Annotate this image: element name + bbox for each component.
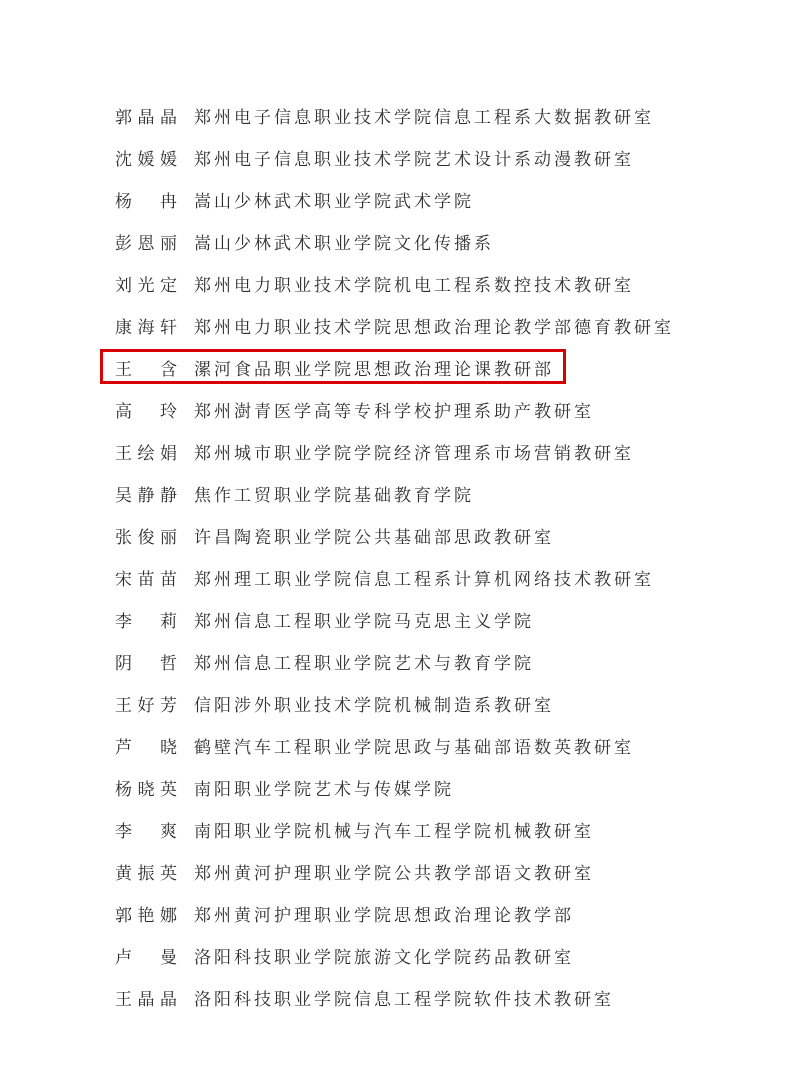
institution-name: 郑州城市职业学院学院经济管理系市场营销教研室 <box>194 439 634 464</box>
list-item: 李爽 南阳职业学院机械与汽车工程学院机械教研室 <box>115 808 791 850</box>
institution-name: 信阳涉外职业技术学院机械制造系教研室 <box>194 691 554 716</box>
institution-name: 嵩山少林武术职业学院文化传播系 <box>194 229 494 254</box>
list-item: 郭晶晶 郑州电子信息职业技术学院信息工程系大数据教研室 <box>115 94 791 136</box>
teacher-name: 芦晓 <box>115 733 177 758</box>
institution-name: 南阳职业学院机械与汽车工程学院机械教研室 <box>194 817 594 842</box>
teacher-name: 王好芳 <box>115 691 177 716</box>
institution-name: 许昌陶瓷职业学院公共基础部思政教研室 <box>194 523 554 548</box>
teacher-name: 康海轩 <box>115 313 177 338</box>
list-item: 黄振英 郑州黄河护理职业学院公共教学部语文教研室 <box>115 850 791 892</box>
list-item: 杨冉 嵩山少林武术职业学院武术学院 <box>115 178 791 220</box>
institution-name: 郑州电力职业技术学院思想政治理论教学部德育教研室 <box>194 313 674 338</box>
teacher-name: 张俊丽 <box>115 523 177 548</box>
teacher-name: 李爽 <box>115 817 177 842</box>
institution-name: 郑州黄河护理职业学院思想政治理论教学部 <box>194 901 574 926</box>
teacher-name: 吴静静 <box>115 481 177 506</box>
institution-name: 郑州信息工程职业学院艺术与教育学院 <box>194 649 534 674</box>
teacher-name: 刘光定 <box>115 271 177 296</box>
list-item: 刘光定 郑州电力职业技术学院机电工程系数控技术教研室 <box>115 262 791 304</box>
list-item: 沈媛媛 郑州电子信息职业技术学院艺术设计系动漫教研室 <box>115 136 791 178</box>
list-item: 李莉 郑州信息工程职业学院马克思主义学院 <box>115 598 791 640</box>
list-item: 王好芳 信阳涉外职业技术学院机械制造系教研室 <box>115 682 791 724</box>
institution-name: 郑州电力职业技术学院机电工程系数控技术教研室 <box>194 271 634 296</box>
teacher-name: 李莉 <box>115 607 177 632</box>
teacher-name: 王绘娟 <box>115 439 177 464</box>
institution-name: 南阳职业学院艺术与传媒学院 <box>194 775 454 800</box>
list-item: 郭艳娜 郑州黄河护理职业学院思想政治理论教学部 <box>115 892 791 934</box>
teacher-name: 高玲 <box>115 397 177 422</box>
institution-name: 郑州黄河护理职业学院公共教学部语文教研室 <box>194 859 594 884</box>
institution-name: 焦作工贸职业学院基础教育学院 <box>194 481 474 506</box>
teacher-name: 卢曼 <box>115 943 177 968</box>
list-item: 芦晓 鹤壁汽车工程职业学院思政与基础部语数英教研室 <box>115 724 791 766</box>
teacher-name: 王晶晶 <box>115 985 177 1010</box>
teacher-name: 杨晓英 <box>115 775 177 800</box>
institution-name: 郑州澍青医学高等专科学校护理系助产教研室 <box>194 397 594 422</box>
teacher-name: 沈媛媛 <box>115 145 177 170</box>
list-item: 卢曼 洛阳科技职业学院旅游文化学院药品教研室 <box>115 934 791 976</box>
list-item: 宋苗苗 郑州理工职业学院信息工程系计算机网络技术教研室 <box>115 556 791 598</box>
document-page: 郭晶晶 郑州电子信息职业技术学院信息工程系大数据教研室 沈媛媛 郑州电子信息职业… <box>0 0 791 1090</box>
list-item: 阴哲 郑州信息工程职业学院艺术与教育学院 <box>115 640 791 682</box>
institution-name: 洛阳科技职业学院信息工程学院软件技术教研室 <box>194 985 614 1010</box>
teacher-name: 郭晶晶 <box>115 103 177 128</box>
teacher-name: 杨冉 <box>115 187 177 212</box>
teacher-name: 宋苗苗 <box>115 565 177 590</box>
institution-name: 嵩山少林武术职业学院武术学院 <box>194 187 474 212</box>
institution-name: 漯河食品职业学院思想政治理论课教研部 <box>194 355 554 380</box>
teacher-name: 彭恩丽 <box>115 229 177 254</box>
list-item: 王含 漯河食品职业学院思想政治理论课教研部 <box>115 346 791 388</box>
list-item: 王晶晶 洛阳科技职业学院信息工程学院软件技术教研室 <box>115 976 791 1018</box>
teacher-name: 黄振英 <box>115 859 177 884</box>
institution-name: 郑州理工职业学院信息工程系计算机网络技术教研室 <box>194 565 654 590</box>
institution-name: 郑州信息工程职业学院马克思主义学院 <box>194 607 534 632</box>
list-item: 王绘娟 郑州城市职业学院学院经济管理系市场营销教研室 <box>115 430 791 472</box>
teacher-name: 郭艳娜 <box>115 901 177 926</box>
institution-name: 郑州电子信息职业技术学院艺术设计系动漫教研室 <box>194 145 634 170</box>
teacher-list: 郭晶晶 郑州电子信息职业技术学院信息工程系大数据教研室 沈媛媛 郑州电子信息职业… <box>115 94 791 1018</box>
teacher-name: 王含 <box>115 355 177 380</box>
list-item: 杨晓英 南阳职业学院艺术与传媒学院 <box>115 766 791 808</box>
list-item: 彭恩丽 嵩山少林武术职业学院文化传播系 <box>115 220 791 262</box>
list-item: 吴静静 焦作工贸职业学院基础教育学院 <box>115 472 791 514</box>
institution-name: 郑州电子信息职业技术学院信息工程系大数据教研室 <box>194 103 654 128</box>
list-item: 高玲 郑州澍青医学高等专科学校护理系助产教研室 <box>115 388 791 430</box>
teacher-name: 阴哲 <box>115 649 177 674</box>
institution-name: 鹤壁汽车工程职业学院思政与基础部语数英教研室 <box>194 733 634 758</box>
list-item: 张俊丽 许昌陶瓷职业学院公共基础部思政教研室 <box>115 514 791 556</box>
list-item: 康海轩 郑州电力职业技术学院思想政治理论教学部德育教研室 <box>115 304 791 346</box>
institution-name: 洛阳科技职业学院旅游文化学院药品教研室 <box>194 943 574 968</box>
